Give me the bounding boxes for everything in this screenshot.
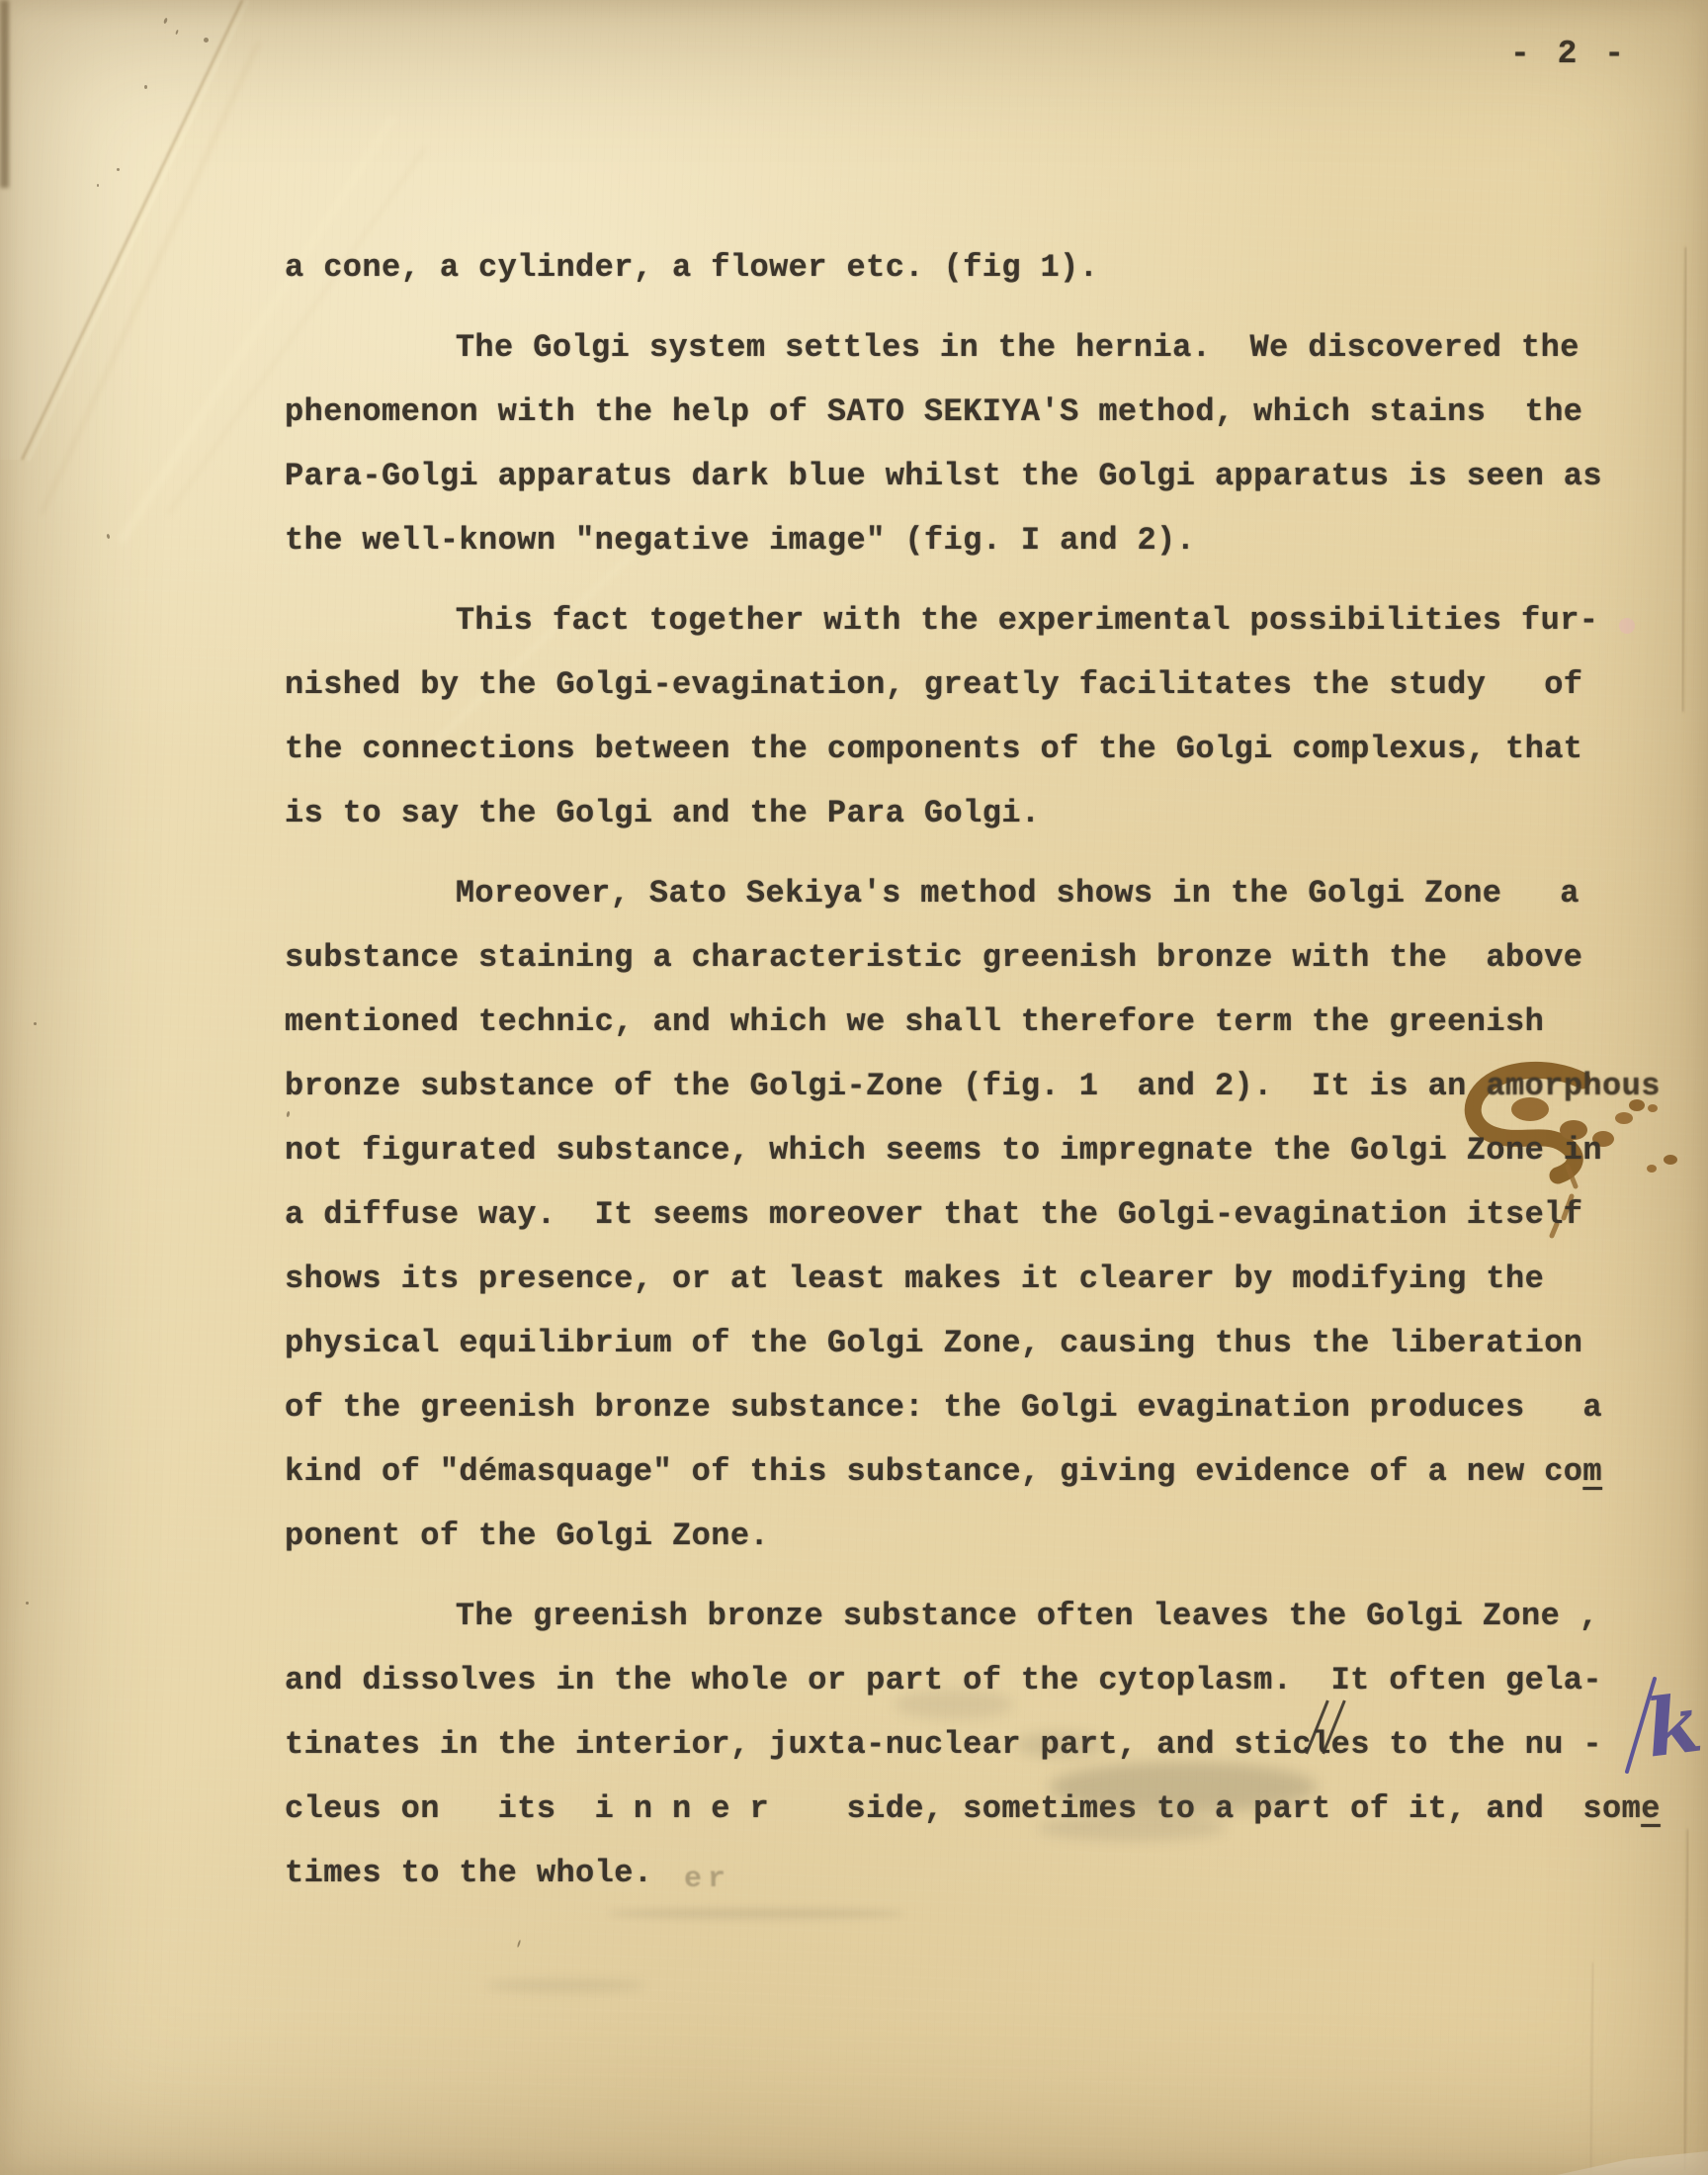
text-line: shows its presence, or at least makes it… [285, 1247, 1688, 1311]
text-line: cleus on its i n n e r side, sometimes t… [285, 1777, 1688, 1841]
text-line: is to say the Golgi and the Para Golgi. [285, 781, 1688, 845]
text-segment: kind of "démasquage" of this substance, … [285, 1453, 1582, 1490]
scan-edge-shadow [0, 0, 9, 188]
paragraph: The greenish bronze substance often leav… [285, 1584, 1688, 1905]
text-line: times to the whole. [285, 1841, 1688, 1905]
speck [117, 168, 120, 171]
text-segment: the well-known "negative image" (fig. I … [285, 522, 1195, 559]
ghost-text: er [684, 1863, 731, 1896]
text-line: not figurated substance, which seems to … [285, 1118, 1688, 1182]
margin-note: k [1611, 1669, 1708, 1785]
paragraph: This fact together with the experimental… [285, 588, 1688, 845]
text-line: substance staining a characteristic gree… [285, 925, 1688, 990]
text-line: a diffuse way. It seems moreover that th… [285, 1182, 1688, 1247]
paragraph: Moreover, Sato Sekiya's method shows in … [285, 861, 1688, 1568]
speck [204, 38, 209, 43]
text-segment: The Golgi system settles in the hernia. … [456, 329, 1580, 366]
text-line: kind of "démasquage" of this substance, … [285, 1439, 1688, 1504]
text-segment: shows its presence, or at least makes it… [285, 1261, 1544, 1297]
text-line: ponent of the Golgi Zone. [285, 1504, 1688, 1568]
scanned-typewritten-page: - 2 - a cone, a cylinder, a flower etc. … [0, 0, 1708, 2175]
text-segment: phenomenon with the help of SATO SEKIYA'… [285, 393, 1582, 430]
struck-text: le [1312, 1712, 1350, 1777]
text-line: a cone, a cylinder, a flower etc. (fig 1… [285, 235, 1688, 300]
text-line: This fact together with the experimental… [285, 588, 1688, 652]
text-line: mentioned technic, and which we shall th… [285, 990, 1688, 1054]
paragraph: a cone, a cylinder, a flower etc. (fig 1… [285, 235, 1688, 300]
text-segment: Moreover, Sato Sekiya's method shows in … [456, 875, 1580, 912]
text-segment: The greenish bronze substance often leav… [456, 1598, 1599, 1634]
text-segment: a diffuse way. It seems moreover that th… [285, 1196, 1582, 1233]
text-segment: bronze substance of the Golgi-Zone (fig.… [285, 1068, 1486, 1104]
text-segment: substance staining a characteristic gree… [285, 939, 1582, 976]
text-segment: Para-Golgi apparatus dark blue whilst th… [285, 458, 1602, 494]
text-segment: is to say the Golgi and the Para Golgi. [285, 795, 1041, 831]
underlined-text: m [1582, 1453, 1602, 1490]
paragraph: The Golgi system settles in the hernia. … [285, 315, 1688, 572]
speck [144, 85, 147, 89]
text-line: The Golgi system settles in the hernia. … [285, 315, 1688, 380]
text-line: bronze substance of the Golgi-Zone (fig.… [285, 1054, 1688, 1118]
text-line: Para-Golgi apparatus dark blue whilst th… [285, 444, 1688, 508]
text-line: The greenish bronze substance often leav… [285, 1584, 1688, 1648]
text-line: the connections between the components o… [285, 717, 1688, 781]
text-segment: This fact together with the experimental… [456, 602, 1599, 639]
text-line: the well-known "negative image" (fig. I … [285, 508, 1688, 572]
text-line: of the greenish bronze substance: the Go… [285, 1375, 1688, 1439]
text-segment: not figurated substance, which seems to … [285, 1132, 1602, 1169]
text-segment: s to the nu - [1350, 1726, 1602, 1763]
text-segment: a cone, a cylinder, a flower etc. (fig 1… [285, 249, 1098, 286]
speck [26, 1602, 29, 1605]
handwritten-k-mark: k [1611, 1669, 1708, 1785]
text-segment: nished by the Golgi-evagination, greatly… [285, 666, 1582, 703]
text-line: Moreover, Sato Sekiya's method shows in … [285, 861, 1688, 925]
page-number: - 2 - [1510, 36, 1628, 72]
text-segment: cleus on its i n n e r side, sometimes t… [285, 1790, 1641, 1827]
speck [97, 184, 99, 187]
text-segment: times to the whole. [285, 1855, 652, 1891]
underlined-text: e [1641, 1790, 1661, 1827]
text-line: physical equilibrium of the Golgi Zone, … [285, 1311, 1688, 1375]
text-segment: of the greenish bronze substance: the Go… [285, 1389, 1602, 1426]
text-segment: and dissolves in the whole or part of th… [285, 1662, 1602, 1698]
text-segment: the connections between the components o… [285, 731, 1582, 767]
text-line: tinates in the interior, juxta-nuclear p… [285, 1712, 1688, 1777]
text-segment: amorphous [1486, 1068, 1660, 1104]
text-segment: physical equilibrium of the Golgi Zone, … [285, 1325, 1582, 1361]
text-line: phenomenon with the help of SATO SEKIYA'… [285, 380, 1688, 444]
text-line: and dissolves in the whole or part of th… [285, 1648, 1688, 1712]
text-line: nished by the Golgi-evagination, greatly… [285, 652, 1688, 717]
handwritten-k: k [1641, 1677, 1706, 1776]
text-segment: tinates in the interior, juxta-nuclear p… [285, 1726, 1312, 1763]
speck [34, 1022, 37, 1025]
text-segment: ponent of the Golgi Zone. [285, 1518, 769, 1554]
text-segment: mentioned technic, and which we shall th… [285, 1003, 1544, 1040]
typewritten-text: a cone, a cylinder, a flower etc. (fig 1… [285, 235, 1688, 1905]
